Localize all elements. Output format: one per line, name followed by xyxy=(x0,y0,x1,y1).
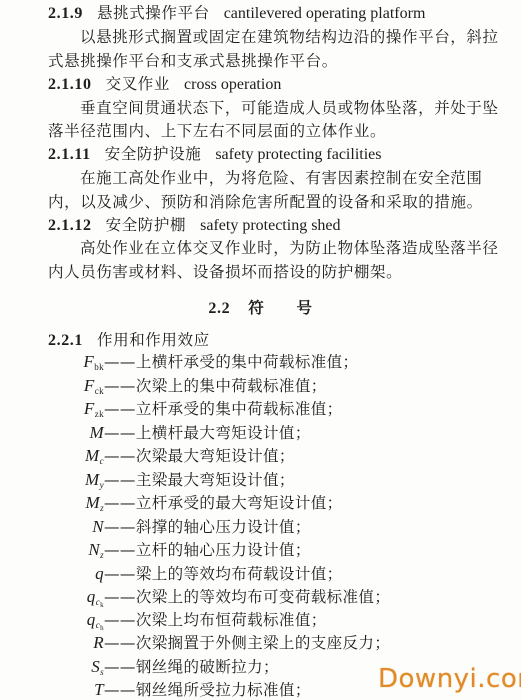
term-zh: 悬挑式操作平台 xyxy=(97,4,210,22)
symbol-description: 立杆承受的集中荷载标准值； xyxy=(136,400,343,418)
symbol: My xyxy=(48,470,104,495)
symbol-description: 斜撑的轴心压力设计值； xyxy=(136,518,311,536)
symbol-description: 主梁最大弯矩设计值； xyxy=(136,471,295,489)
symbol-row: N——斜撑的轴心压力设计值； xyxy=(48,517,311,537)
em-dash: —— xyxy=(104,423,136,443)
section-title: 符 号 xyxy=(248,298,312,317)
symbol: Mc xyxy=(48,446,104,471)
symbol: Fck xyxy=(48,376,104,401)
symbol-row: Fbk——上横杆承受的集中荷载标准值； xyxy=(48,352,358,377)
em-dash: —— xyxy=(104,587,136,607)
symbol: N xyxy=(48,517,104,537)
em-dash: —— xyxy=(104,517,136,537)
watermark-logo: Downyi.com xyxy=(378,664,521,694)
section-number: 2.2 xyxy=(208,300,230,317)
em-dash: —— xyxy=(104,633,136,653)
term-heading-2-1-10: 2.1.10交叉作业cross operation xyxy=(48,74,281,95)
em-dash: —— xyxy=(104,610,136,630)
symbol-row: Mz——立杆承受的最大弯矩设计值； xyxy=(48,493,343,518)
symbol: T xyxy=(48,680,104,700)
symbol-row: Ss——钢丝绳的破断拉力； xyxy=(48,657,279,682)
term-body-line: 高处作业在立体交叉作业时，为防止物体坠落造成坠落半径 xyxy=(80,238,499,258)
symbol-description: 次梁上的集中荷载标准值； xyxy=(136,377,327,395)
symbol-description: 次梁上的等效均布可变荷载标准值； xyxy=(136,588,390,606)
symbol: Fbk xyxy=(48,352,104,377)
em-dash: —— xyxy=(104,564,136,584)
symbol-description: 钢丝绳所受拉力标准值； xyxy=(136,681,311,699)
symbol: q xyxy=(48,564,104,584)
term-body-line: 式悬挑操作平台和支承式悬挑操作平台。 xyxy=(48,51,338,71)
term-body-line: 以悬挑形式搁置或固定在建筑物结构边沿的操作平台，斜拉 xyxy=(80,27,499,47)
symbol-description: 立杆的轴心压力设计值； xyxy=(136,541,311,559)
symbol: M xyxy=(48,423,104,443)
symbol-description: 上横杆最大弯矩设计值； xyxy=(136,424,311,442)
em-dash: —— xyxy=(104,470,136,490)
term-zh: 交叉作业 xyxy=(106,75,170,93)
symbol-row: R——次梁搁置于外侧主梁上的支座反力； xyxy=(48,633,390,653)
term-body-line: 落半径范围内、上下左右不同层面的立体作业。 xyxy=(48,121,386,141)
symbol-description: 次梁上均布恒荷载标准值； xyxy=(136,611,327,629)
subsection-number: 2.2.1 xyxy=(48,332,83,349)
term-zh: 安全防护棚 xyxy=(106,216,187,234)
symbol: Fzk xyxy=(48,399,104,424)
symbol-row: M——上横杆最大弯矩设计值； xyxy=(48,423,311,443)
term-number: 2.1.11 xyxy=(48,146,91,163)
symbol-row: Mc——次梁最大弯矩设计值； xyxy=(48,446,295,471)
subsection-title: 作用和作用效应 xyxy=(97,331,210,349)
symbol-description: 钢丝绳的破断拉力； xyxy=(136,658,279,676)
em-dash: —— xyxy=(104,493,136,513)
symbol: Ss xyxy=(48,657,104,682)
symbol-description: 上横杆承受的集中荷载标准值； xyxy=(136,353,359,371)
symbol: R xyxy=(48,633,104,653)
term-heading-2-1-12: 2.1.12安全防护棚safety protecting shed xyxy=(48,215,341,236)
term-en: cross operation xyxy=(184,76,281,93)
symbol-row: q——梁上的等效均布荷载设计值； xyxy=(48,564,343,584)
em-dash: —— xyxy=(104,680,136,700)
term-number: 2.1.12 xyxy=(48,217,92,234)
symbol-row: Fzk——立杆承受的集中荷载标准值； xyxy=(48,399,343,424)
term-en: safety protecting shed xyxy=(200,217,340,234)
symbol: Nz xyxy=(48,540,104,565)
term-en: cantilevered operating platform xyxy=(224,5,426,22)
term-body-line: 垂直空间贯通状态下，可能造成人员或物体坠落，并处于坠 xyxy=(80,98,499,118)
symbol-description: 立杆承受的最大弯矩设计值； xyxy=(136,494,343,512)
symbol-description: 次梁搁置于外侧主梁上的支座反力； xyxy=(136,634,390,652)
em-dash: —— xyxy=(104,399,136,419)
em-dash: —— xyxy=(104,540,136,560)
term-body-line: 在施工高处作业中，为将危险、有害因素控制在安全范围 xyxy=(80,168,483,188)
term-body-line: 内，以及减少、预防和消除危害所配置的设备和采取的措施。 xyxy=(48,192,483,212)
term-body-line: 内人员伤害或材料、设备损坏而搭设的防护棚架。 xyxy=(48,262,402,282)
symbol-row: My——主梁最大弯矩设计值； xyxy=(48,470,295,495)
em-dash: —— xyxy=(104,657,136,677)
term-heading-2-1-9: 2.1.9悬挑式操作平台cantilevered operating platf… xyxy=(48,3,425,24)
em-dash: —— xyxy=(104,352,136,372)
term-zh: 安全防护设施 xyxy=(105,145,202,163)
em-dash: —— xyxy=(104,446,136,466)
symbol-row: T——钢丝绳所受拉力标准值； xyxy=(48,680,311,700)
symbol-row: Nz——立杆的轴心压力设计值； xyxy=(48,540,311,565)
em-dash: —— xyxy=(104,376,136,396)
section-heading: 2.2 符 号 xyxy=(0,298,521,319)
term-number: 2.1.10 xyxy=(48,76,92,93)
symbol-description: 梁上的等效均布荷载设计值； xyxy=(136,565,343,583)
term-number: 2.1.9 xyxy=(48,5,83,22)
symbol-row: Fck——次梁上的集中荷载标准值； xyxy=(48,376,327,401)
symbol: Mz xyxy=(48,493,104,518)
subsection-heading: 2.2.1作用和作用效应 xyxy=(48,330,210,351)
symbol-description: 次梁最大弯矩设计值； xyxy=(136,447,295,465)
term-heading-2-1-11: 2.1.11安全防护设施safety protecting facilities xyxy=(48,144,381,165)
term-en: safety protecting facilities xyxy=(215,146,381,163)
